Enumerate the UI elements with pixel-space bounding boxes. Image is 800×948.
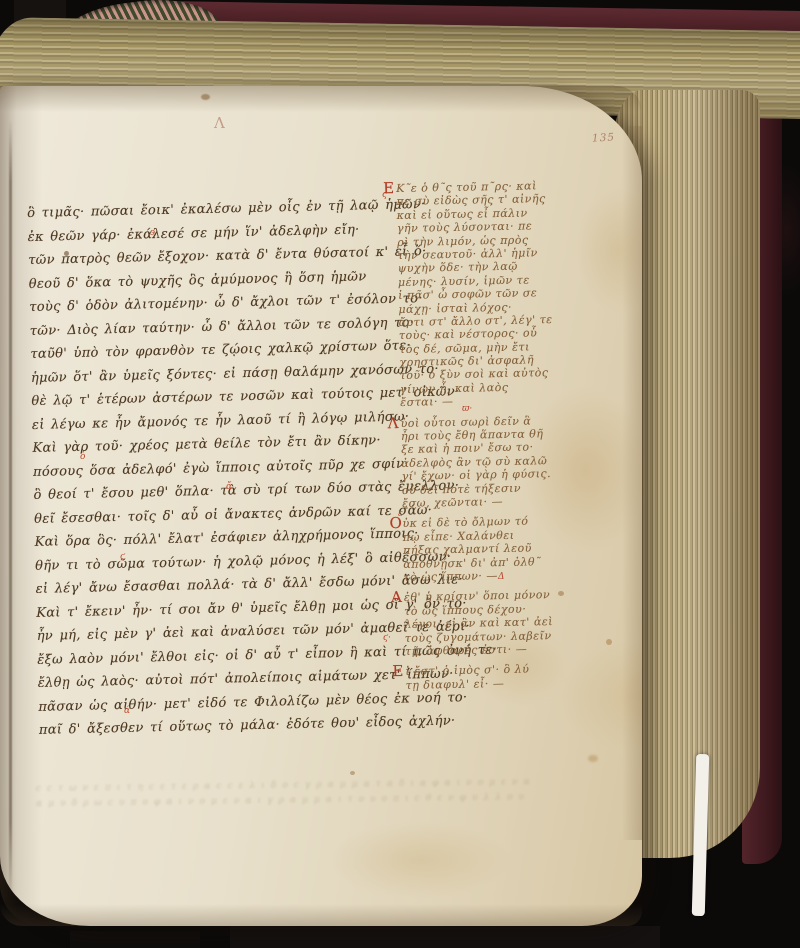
- rubric-reference-mark: ϛ: [120, 552, 125, 562]
- rubric-initial: Α: [391, 590, 402, 604]
- scholion-line: ἔσω, χεῶνται· —: [402, 493, 604, 510]
- rubric-siglum: ϖ·: [462, 404, 472, 414]
- rubric-reference-mark: ά: [124, 706, 130, 716]
- scholion-section: Ε ἰ ἔστ' ὁ ἱμὸς σ'· ὃ λύτῃ διαφυλ' εἶ· —: [405, 661, 607, 692]
- rubric-reference-mark: ϶: [150, 228, 155, 238]
- scholion-section: Λ ὑοὶ οὗτοι σωρὶ δεῖν ἃἦρι τοὺς ἔθη ἅπαν…: [401, 413, 605, 511]
- scholion-line: τῇ, ἀφθαρές ἐστι· —: [405, 641, 607, 658]
- gutter-crease: [9, 120, 12, 900]
- shadow-overlay: [0, 904, 642, 926]
- scholion-section: Α ἐθ' ἡ κρίσιν' ὅποι μόνοντὸ ὡς ἵππους δ…: [404, 587, 607, 658]
- rubric-siglum: ε: [398, 509, 403, 519]
- shadow-overlay: [622, 126, 642, 840]
- scholion-lines: Κ῀ε ὁ θ῀ς τοῦ π῀ρς· καὶπε σὺ εἰδὼς σῆς τ…: [396, 178, 602, 409]
- scholion-lines: ἰ ἔστ' ὁ ἱμὸς σ'· ὃ λύτῃ διαφυλ' εἶ· —: [405, 661, 607, 692]
- rubric-initial: Ε: [392, 664, 403, 678]
- shadow-overlay: [0, 86, 642, 112]
- scholion-line: ἔσται· —: [400, 392, 602, 409]
- scholia-column: Ε Κ῀ε ὁ θ῀ς τοῦ π῀ρς· καὶπε σὺ εἰδὼς σῆς…: [396, 178, 608, 699]
- stain: [350, 771, 355, 775]
- rubric-reference-mark: ὁ: [80, 452, 85, 462]
- rubric-siglum: ϛ·: [383, 633, 391, 643]
- manuscript-photo: 135 Λ ὃ τιμᾶς· πῶσαι ἔοικ' ἐκαλέσω μὲν ο…: [0, 0, 800, 948]
- rubric-reference-mark: ἄ: [226, 482, 232, 492]
- folio-number: 135: [592, 131, 616, 144]
- scholion-lines: ἐθ' ἡ κρίσιν' ὅποι μόνοντὸ ὡς ἵππους δέχ…: [404, 587, 607, 658]
- stain: [201, 94, 210, 100]
- scholion-section: Ε Κ῀ε ὁ θ῀ς τοῦ π῀ρς· καὶπε σὺ εἰδὼς σῆς…: [396, 178, 602, 409]
- rubric-siglum: ς: [382, 190, 387, 200]
- scholion-lines: ὑοὶ οὗτοι σωρὶ δεῖν ἃἦρι τοὺς ἔθη ἅπαντα…: [401, 413, 605, 511]
- rubric-initial: Λ: [387, 416, 398, 430]
- quire-mark: Λ: [214, 114, 225, 132]
- rubric-siglum: Δ: [498, 572, 505, 582]
- stain: [588, 755, 598, 762]
- main-text-block: ὃ τιμᾶς· πῶσαι ἔοικ' ἐκαλέσω μὲν οἷς ἐν …: [27, 197, 419, 746]
- book-cradle-base: [70, 931, 200, 948]
- book-cradle-base: [230, 926, 660, 948]
